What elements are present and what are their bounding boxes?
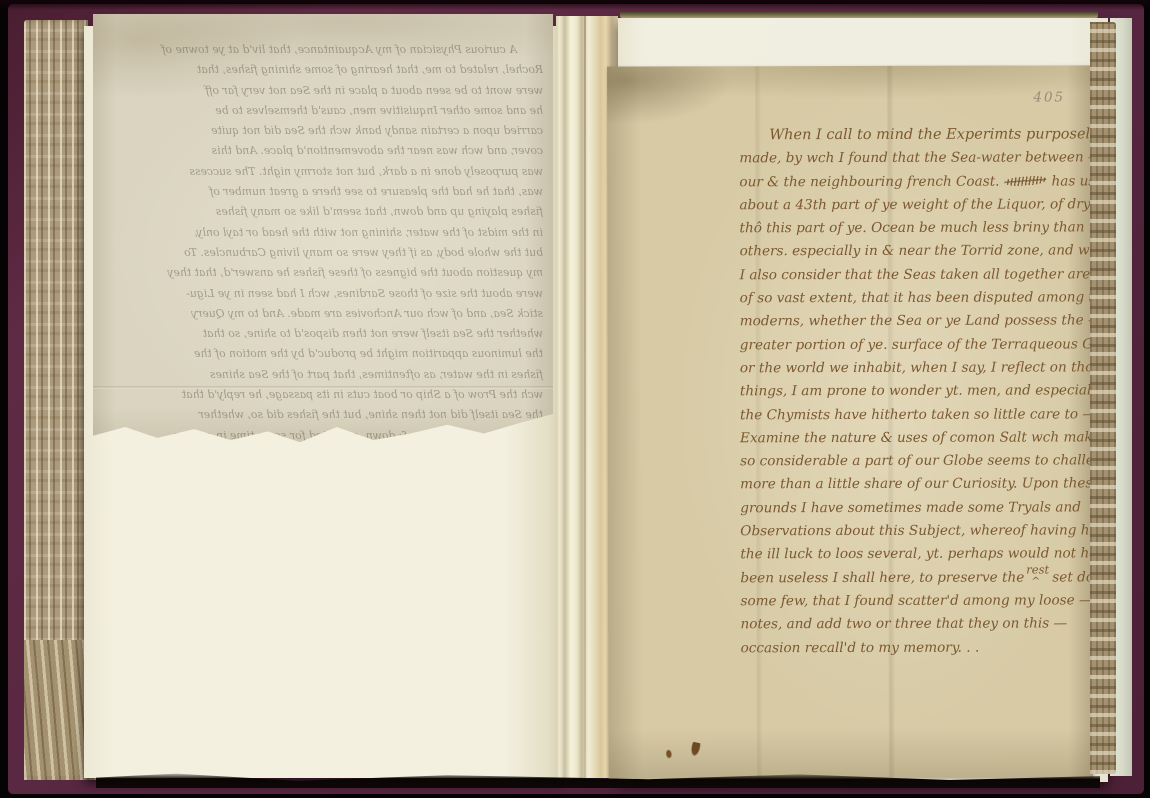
scribbled-out-word [1004,175,1046,187]
manuscript-line: our & the neighbouring french Coast.has … [739,170,1091,194]
bleedthrough-line: but the whole body, as if they were so m… [105,243,543,263]
manuscript-line: thô this part of ye. Ocean be much less … [739,217,1091,241]
ink-spot [690,742,702,758]
manuscript-line: the Chymists have hitherto taken so litt… [740,403,1092,427]
bleedthrough-line: A curious Physician of my Acquaintance, … [105,40,543,60]
pencil-folio-number: 405 [1033,89,1065,105]
manuscript-line: grounds I have sometimes made some Tryal… [740,496,1092,520]
manuscript-line: Examine the nature & uses of comon Salt … [740,426,1092,450]
manuscript-line: Observations about this Subject, whereof… [740,519,1092,543]
bleedthrough-line: fishes in the water, as oftentimes, that… [105,365,543,385]
manuscript-line: greater portion of ye. surface of the Te… [740,333,1092,357]
manuscript-line: been useless I shall here, to preserve t… [740,566,1092,590]
manuscript-line: When I call to mind the Experimts purpos… [739,123,1091,147]
bleedthrough-line: were wont to be seen about a place in th… [105,81,543,101]
mounted-torn-leaf: A curious Physician of my Acquaintance, … [93,14,553,451]
manuscript-line: more than a little share of our Curiosit… [740,473,1092,497]
manuscript-line: about a 43th part of ye weight of the Li… [739,193,1091,217]
manuscript-line: made, by wch I found that the Sea-water … [739,147,1091,171]
bleedthrough-line: my question about the bigness of these f… [105,263,543,283]
bleedthrough-line: carried upon a certain sandy bank wch th… [105,121,543,141]
bleedthrough-line: was purposely done in a dark, but not st… [105,162,543,182]
manuscript-line: occasion recall'd to my memory. . . [741,636,1093,660]
manuscript-line: or the world we inhabit, when I say, I r… [740,356,1092,380]
bleedthrough-mirrored-text: A curious Physician of my Acquaintance, … [105,40,543,446]
bleedthrough-line: was, that he had the pleasure to see the… [105,182,543,202]
bleedthrough-line: wch the Prow of a Ship or boat cuts in i… [105,385,543,405]
bleedthrough-line: they were swimming up & down, or rested … [105,426,543,446]
left-page: A curious Physician of my Acquaintance, … [84,26,562,778]
line-text: our & the neighbouring french Coast. [739,173,999,190]
bleedthrough-line: the Sea itself did not then shine, but t… [105,405,543,425]
manuscript-line: I also consider that the Seas taken all … [740,263,1092,287]
bleedthrough-line: fishes playing up and down, that seem'd … [105,202,543,222]
right-fore-edge-page-stack [1090,22,1116,774]
interlinear-insertion: rest^ [1026,568,1050,582]
bleedthrough-line: the luminous apparition might be produc'… [105,344,543,364]
line-text: been useless I shall here, to preserve t… [740,569,1024,586]
manuscript-line: of so vast extent, that it has been disp… [740,286,1092,310]
bleedthrough-line: in the midst of the water, shining not w… [105,223,543,243]
gutter-shadow-line [584,16,586,778]
manuscript-line: moderns, whether the Sea or ye Land poss… [740,310,1092,334]
top-page-edges-line [620,11,1098,18]
bleedthrough-line: whether the Sea itself were not then dis… [105,324,543,344]
bleedthrough-line: cover, and wch was near the abovemention… [105,141,543,161]
manuscript-line: notes, and add two or three that they on… [741,613,1093,637]
manuscript-text-block: When I call to mind the Experimts purpos… [739,123,1092,660]
caret-mark: ^ [1031,571,1040,594]
bleedthrough-line: Rochel, related to me, that hearing of s… [105,60,543,80]
manuscript-line: things, I am prone to wonder yt. men, an… [740,380,1092,404]
mounted-manuscript-leaf: 405 When I call to mind the Experimts pu… [607,65,1093,778]
ink-spot [665,749,672,759]
manuscript-line: others. especially in & near the Torrid … [740,240,1092,264]
manuscript-line: so considerable a part of our Globe seem… [740,450,1092,474]
bleedthrough-line: stick Sea, and of wch our Anchovies are … [105,304,543,324]
bleedthrough-line: he and some other Inquisitive men, caus'… [105,101,543,121]
cover-top-shadow [0,0,1150,10]
bleedthrough-line: were about the size of those Sardines, w… [105,284,543,304]
